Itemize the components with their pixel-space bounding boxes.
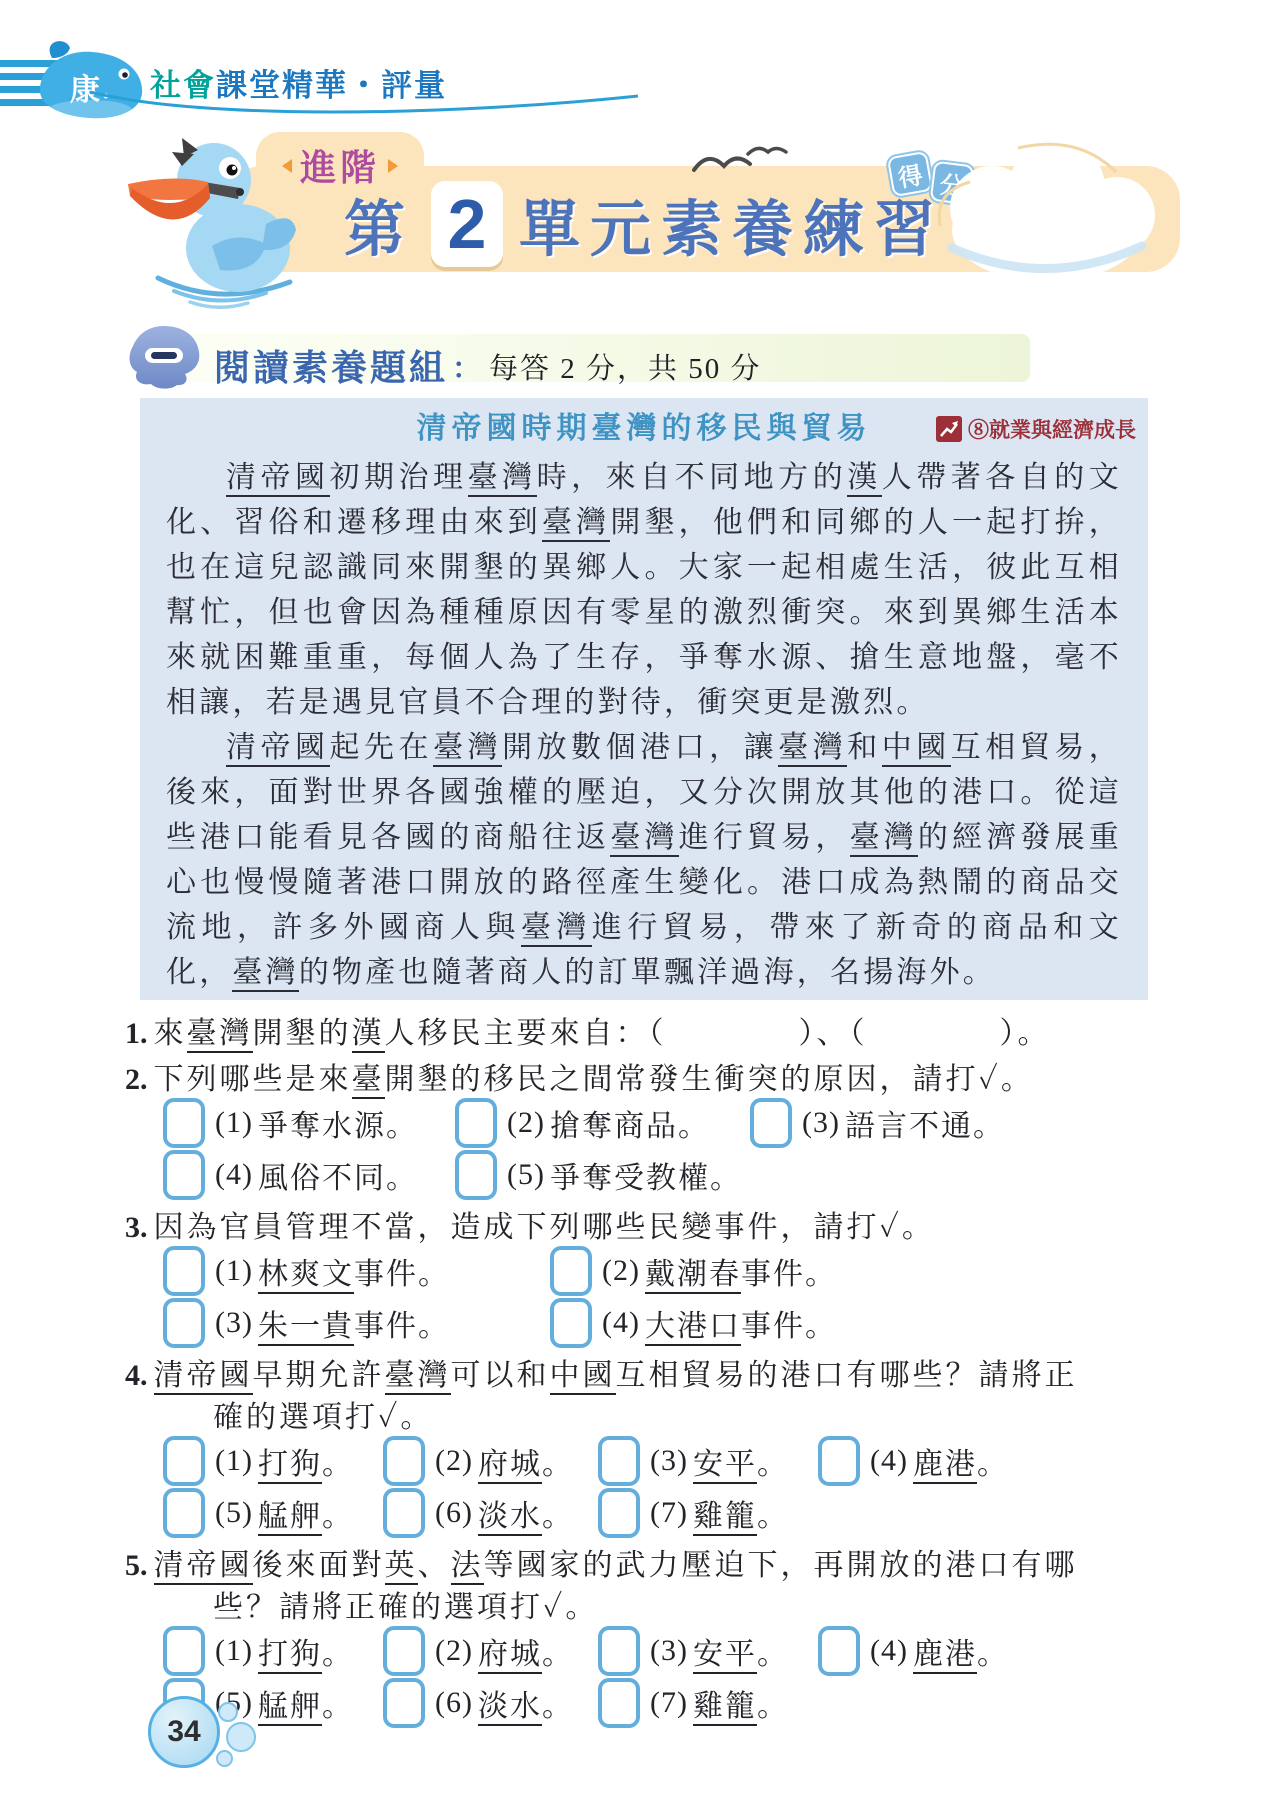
question-2-options-row-1: (1) 爭奪水源。 (2) 搶奪商品。 (3) 語言不通。 xyxy=(125,1098,1215,1150)
option-label: 雞籠。 xyxy=(693,1681,789,1725)
question-3-number: 3. xyxy=(125,1211,148,1244)
question-5-number: 5. xyxy=(125,1549,148,1582)
section-scoring-text: 每答 2 分，共 50 分 xyxy=(489,346,762,387)
option-number: (7) xyxy=(650,1496,688,1530)
option-number: (6) xyxy=(435,1686,473,1720)
option-4-5: (5) 艋舺。 xyxy=(163,1488,354,1538)
option-number: (3) xyxy=(650,1634,688,1668)
option-4-6: (6) 淡水。 xyxy=(383,1488,574,1538)
option-5-4: (4) 鹿港。 xyxy=(818,1626,1009,1676)
option-2-5: (5) 爭奪受教權。 xyxy=(455,1150,742,1200)
option-4-3: (3) 安平。 xyxy=(598,1436,789,1486)
unit-number-box: 2 xyxy=(431,181,503,267)
option-2-3: (3) 語言不通。 xyxy=(750,1098,1005,1148)
answer-checkbox[interactable] xyxy=(163,1298,205,1348)
option-5-1: (1) 打狗。 xyxy=(163,1626,354,1676)
answer-checkbox[interactable] xyxy=(163,1488,205,1538)
option-3-4: (4) 大港口事件。 xyxy=(550,1298,837,1348)
option-label: 戴潮春事件。 xyxy=(645,1249,837,1293)
worksheet-page: 康 社會課堂精華・評量 進階 第 2 單元素養練習 xyxy=(0,0,1282,1813)
option-label: 朱一貴事件。 xyxy=(258,1301,450,1345)
answer-checkbox[interactable] xyxy=(455,1150,497,1200)
question-5-stem-line-2: 些？請將正確的選項打✓。 xyxy=(125,1582,1282,1626)
answer-checkbox[interactable] xyxy=(163,1436,205,1486)
passage-paragraph-2: 清帝國起先在臺灣開放數個港口，讓臺灣和中國互相貿易，後來，面對世界各國強權的壓迫… xyxy=(166,725,1122,995)
answer-checkbox[interactable] xyxy=(750,1098,792,1148)
option-2-1: (1) 爭奪水源。 xyxy=(163,1098,418,1148)
option-number: (6) xyxy=(435,1496,473,1530)
option-4-4: (4) 鹿港。 xyxy=(818,1436,1009,1486)
bubble-decoration xyxy=(216,1750,233,1767)
question-5-options-row-2: (5) 艋舺。 (6) 淡水。 (7) 雞籠。 xyxy=(125,1678,1215,1730)
option-number: (5) xyxy=(215,1496,253,1530)
question-2-options-row-2: (4) 風俗不同。 (5) 爭奪受教權。 xyxy=(125,1150,1215,1202)
option-label: 鹿港。 xyxy=(913,1629,1009,1673)
passage-paragraph-1: 清帝國初期治理臺灣時，來自不同地方的漢人帶著各自的文化、習俗和遷移理由來到臺灣開… xyxy=(166,455,1122,725)
question-1-number: 1. xyxy=(125,1017,148,1050)
curriculum-tag: ⑧就業與經濟成長 xyxy=(936,414,1136,444)
option-label: 雞籠。 xyxy=(693,1491,789,1535)
question-1: 1.來臺灣開墾的漢人移民主要來自：（ ）、（ ）。 xyxy=(125,1008,1215,1052)
passage-body: 清帝國初期治理臺灣時，來自不同地方的漢人帶著各自的文化、習俗和遷移理由來到臺灣開… xyxy=(140,449,1148,995)
option-2-2: (2) 搶奪商品。 xyxy=(455,1098,710,1148)
option-label: 淡水。 xyxy=(478,1681,574,1725)
bubble-decoration xyxy=(218,1702,238,1722)
option-3-3: (3) 朱一貴事件。 xyxy=(163,1298,450,1348)
question-3: 3.因為官員管理不當，造成下列哪些民變事件，請打✓。 xyxy=(125,1202,1215,1246)
option-number: (2) xyxy=(602,1254,640,1288)
section-number-badge xyxy=(124,322,204,392)
question-4-number: 4. xyxy=(125,1359,148,1392)
answer-checkbox[interactable] xyxy=(163,1626,205,1676)
answer-checkbox[interactable] xyxy=(550,1246,592,1296)
bubble-decoration xyxy=(226,1722,256,1752)
answer-checkbox[interactable] xyxy=(383,1488,425,1538)
question-3-options-row-2: (3) 朱一貴事件。 (4) 大港口事件。 xyxy=(125,1298,1215,1350)
curriculum-tag-label: ⑧就業與經濟成長 xyxy=(968,414,1136,444)
option-3-1: (1) 林爽文事件。 xyxy=(163,1246,450,1296)
section-title: 閱讀素養題組 xyxy=(214,340,448,391)
answer-checkbox[interactable] xyxy=(163,1098,205,1148)
answer-checkbox[interactable] xyxy=(550,1298,592,1348)
question-4-stem-line-2: 確的選項打✓。 xyxy=(125,1392,1282,1436)
option-label: 大港口事件。 xyxy=(645,1301,837,1345)
answer-checkbox[interactable] xyxy=(818,1626,860,1676)
header-wave-line xyxy=(84,86,644,120)
answer-checkbox[interactable] xyxy=(163,1246,205,1296)
option-number: (3) xyxy=(802,1106,840,1140)
option-number: (4) xyxy=(870,1444,908,1478)
option-label: 風俗不同。 xyxy=(258,1153,418,1197)
pelican-mascot-illustration xyxy=(116,128,306,313)
question-4-stem-line-1: 清帝國早期允許臺灣可以和中國互相貿易的港口有哪些？請將正 xyxy=(154,1359,1078,1395)
option-number: (3) xyxy=(215,1306,253,1340)
right-arrow-icon xyxy=(388,159,398,173)
reading-passage-box: ⑧就業與經濟成長 清帝國時期臺灣的移民與貿易 清帝國初期治理臺灣時，來自不同地方… xyxy=(140,398,1148,1000)
option-label: 搶奪商品。 xyxy=(550,1101,710,1145)
option-number: (3) xyxy=(650,1444,688,1478)
option-label: 鹿港。 xyxy=(913,1439,1009,1483)
question-5-stem-line-2-text: 些？請將正確的選項打✓。 xyxy=(213,1591,598,1624)
option-number: (4) xyxy=(870,1634,908,1668)
option-5-3: (3) 安平。 xyxy=(598,1626,789,1676)
option-number: (5) xyxy=(507,1158,545,1192)
option-4-7: (7) 雞籠。 xyxy=(598,1488,789,1538)
option-label: 打狗。 xyxy=(258,1629,354,1673)
option-number: (7) xyxy=(650,1686,688,1720)
question-5: 5.清帝國後來面對英、法等國家的武力壓迫下，再開放的港口有哪 xyxy=(125,1540,1215,1584)
question-4-stem-line-2-text: 確的選項打✓。 xyxy=(213,1401,433,1434)
seagulls-icon xyxy=(688,140,792,184)
option-label: 林爽文事件。 xyxy=(258,1249,450,1293)
option-5-7: (7) 雞籠。 xyxy=(598,1678,789,1728)
question-4-options-row-2: (5) 艋舺。 (6) 淡水。 (7) 雞籠。 xyxy=(125,1488,1215,1540)
answer-checkbox[interactable] xyxy=(598,1678,640,1728)
option-label: 艋舺。 xyxy=(258,1681,354,1725)
option-4-1: (1) 打狗。 xyxy=(163,1436,354,1486)
option-number: (2) xyxy=(435,1444,473,1478)
growth-chart-icon xyxy=(936,416,962,442)
question-5-stem-line-1: 清帝國後來面對英、法等國家的武力壓迫下，再開放的港口有哪 xyxy=(154,1549,1078,1585)
option-number: (1) xyxy=(215,1634,253,1668)
option-label: 爭奪水源。 xyxy=(258,1101,418,1145)
answer-checkbox[interactable] xyxy=(383,1626,425,1676)
answer-checkbox[interactable] xyxy=(455,1098,497,1148)
unit-title: 第 2 單元素養練習 xyxy=(344,180,945,268)
option-label: 安平。 xyxy=(693,1439,789,1483)
option-5-2: (2) 府城。 xyxy=(383,1626,574,1676)
option-number: (2) xyxy=(435,1634,473,1668)
option-label: 打狗。 xyxy=(258,1439,354,1483)
option-number: (4) xyxy=(215,1158,253,1192)
answer-checkbox[interactable] xyxy=(598,1488,640,1538)
question-4: 4.清帝國早期允許臺灣可以和中國互相貿易的港口有哪些？請將正 xyxy=(125,1350,1215,1394)
question-5-options-row-1: (1) 打狗。 (2) 府城。 (3) 安平。 (4) 鹿港。 xyxy=(125,1626,1215,1678)
option-number: (1) xyxy=(215,1106,253,1140)
option-label: 安平。 xyxy=(693,1629,789,1673)
question-1-stem: 來臺灣開墾的漢人移民主要來自：（ ）、（ ）。 xyxy=(154,1017,1051,1053)
question-3-stem: 因為官員管理不當，造成下列哪些民變事件，請打✓。 xyxy=(154,1211,935,1244)
question-2-stem: 下列哪些是來臺開墾的移民之間常發生衝突的原因，請打✓。 xyxy=(154,1063,1034,1099)
question-2-number: 2. xyxy=(125,1063,148,1096)
answer-checkbox[interactable] xyxy=(163,1150,205,1200)
option-number: (2) xyxy=(507,1106,545,1140)
score-write-area-cloud[interactable] xyxy=(922,130,1167,295)
option-label: 艋舺。 xyxy=(258,1491,354,1535)
question-4-options-row-1: (1) 打狗。 (2) 府城。 (3) 安平。 (4) 鹿港。 xyxy=(125,1436,1215,1488)
answer-checkbox[interactable] xyxy=(383,1678,425,1728)
answer-checkbox[interactable] xyxy=(598,1436,640,1486)
option-label: 府城。 xyxy=(478,1629,574,1673)
answer-checkbox[interactable] xyxy=(818,1436,860,1486)
option-2-4: (4) 風俗不同。 xyxy=(163,1150,418,1200)
option-label: 爭奪受教權。 xyxy=(550,1153,742,1197)
option-number: (1) xyxy=(215,1254,253,1288)
option-number: (4) xyxy=(602,1306,640,1340)
answer-checkbox[interactable] xyxy=(383,1436,425,1486)
question-3-options-row-1: (1) 林爽文事件。 (2) 戴潮春事件。 xyxy=(125,1246,1215,1298)
option-label: 淡水。 xyxy=(478,1491,574,1535)
question-2: 2.下列哪些是來臺開墾的移民之間常發生衝突的原因，請打✓。 xyxy=(125,1054,1215,1098)
option-5-6: (6) 淡水。 xyxy=(383,1678,574,1728)
option-number: (1) xyxy=(215,1444,253,1478)
section-colon: ： xyxy=(452,346,483,387)
option-label: 語言不通。 xyxy=(845,1101,1005,1145)
unit-title-suffix: 單元素養練習 xyxy=(519,181,945,268)
answer-checkbox[interactable] xyxy=(598,1626,640,1676)
option-label: 府城。 xyxy=(478,1439,574,1483)
unit-title-prefix: 第 xyxy=(344,181,415,268)
option-4-2: (2) 府城。 xyxy=(383,1436,574,1486)
option-3-2: (2) 戴潮春事件。 xyxy=(550,1246,837,1296)
page-number: 34 xyxy=(148,1696,220,1768)
section-scoring: ： 每答 2 分，共 50 分 xyxy=(452,346,762,387)
